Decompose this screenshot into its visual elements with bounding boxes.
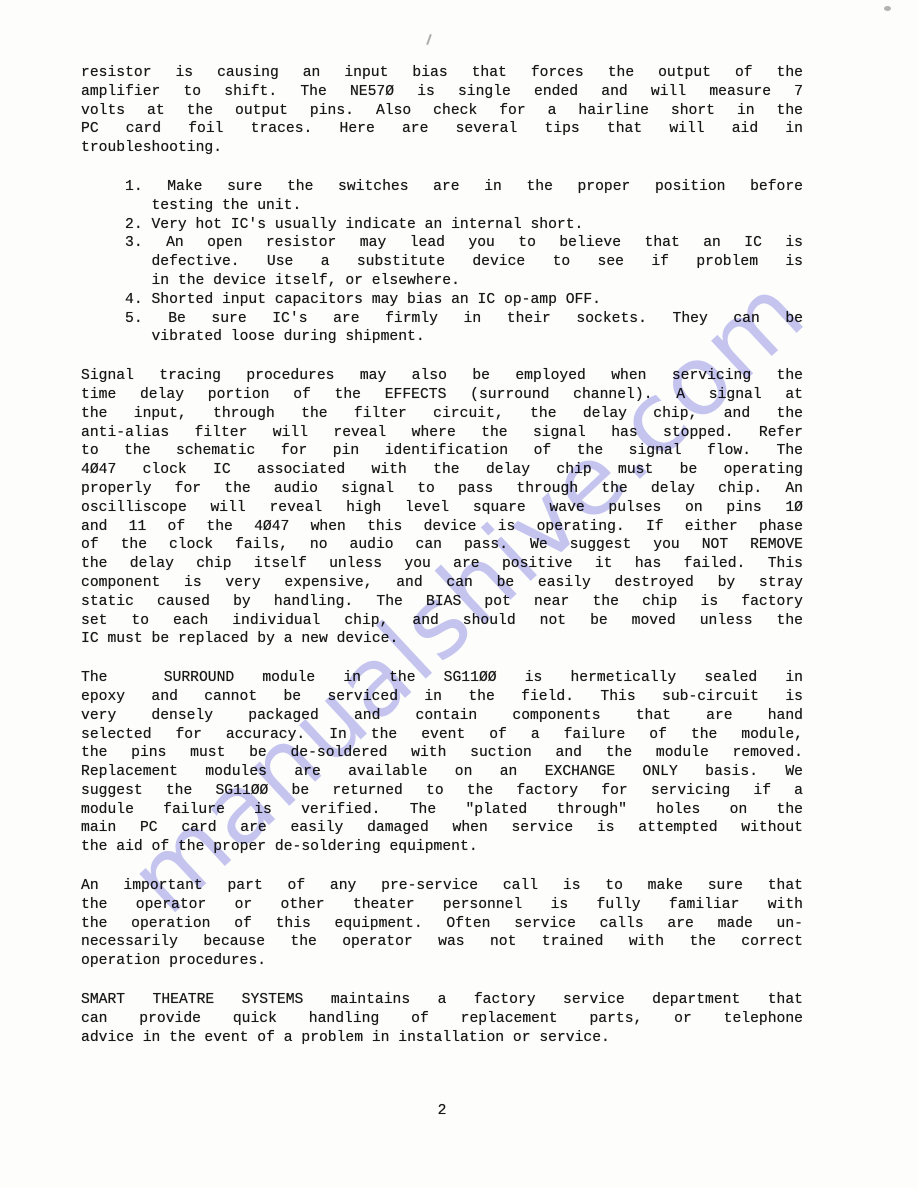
text-line: vibrated loose during shipment. xyxy=(125,328,803,347)
text-line: to the schematic for pin identification … xyxy=(81,442,803,461)
text-line: of the clock fails, no audio can pass. W… xyxy=(81,536,803,555)
text-line: 2. Very hot IC's usually indicate an int… xyxy=(125,216,803,235)
text-line: troubleshooting. xyxy=(81,139,803,158)
list-item: 2. Very hot IC's usually indicate an int… xyxy=(125,216,803,235)
text-line: in the device itself, or elsewhere. xyxy=(125,272,803,291)
text-line: the operator or other theater personnel … xyxy=(81,896,803,915)
text-line: set to each individual chip, and should … xyxy=(81,612,803,631)
text-line: the input, through the filter circuit, t… xyxy=(81,405,803,424)
paragraph-troubleshooting-intro: resistor is causing an input bias that f… xyxy=(81,64,803,158)
list-item: 1. Make sure the switches are in the pro… xyxy=(125,178,803,216)
text-line: 4. Shorted input capacitors may bias an … xyxy=(125,291,803,310)
text-line: properly for the audio signal to pass th… xyxy=(81,480,803,499)
text-line: very densely packaged and contain compon… xyxy=(81,707,803,726)
paragraph-signal-tracing: Signal tracing procedures may also be em… xyxy=(81,367,803,649)
text-line: module failure is verified. The "plated … xyxy=(81,801,803,820)
text-line: amplifier to shift. The NE57Ø is single … xyxy=(81,83,803,102)
text-line: operation procedures. xyxy=(81,952,803,971)
text-line: resistor is causing an input bias that f… xyxy=(81,64,803,83)
text-line: SMART THEATRE SYSTEMS maintains a factor… xyxy=(81,991,803,1010)
text-line: can provide quick handling of replacemen… xyxy=(81,1010,803,1029)
paragraph-factory-service: SMART THEATRE SYSTEMS maintains a factor… xyxy=(81,991,803,1047)
text-line: the delay chip itself unless you are pos… xyxy=(81,555,803,574)
text-line: An important part of any pre-service cal… xyxy=(81,877,803,896)
text-line: The SURROUND module in the SG11ØØ is her… xyxy=(81,669,803,688)
text-line: selected for accuracy. In the event of a… xyxy=(81,726,803,745)
text-line: 4Ø47 clock IC associated with the delay … xyxy=(81,461,803,480)
text-line: time delay portion of the EFFECTS (surro… xyxy=(81,386,803,405)
paragraph-surround-module: The SURROUND module in the SG11ØØ is her… xyxy=(81,669,803,857)
text-line: oscilliscope will reveal high level squa… xyxy=(81,499,803,518)
page-body-text: resistor is causing an input bias that f… xyxy=(81,64,803,1121)
text-line: PC card foil traces. Here are several ti… xyxy=(81,120,803,139)
text-line: the pins must be de-soldered with suctio… xyxy=(81,744,803,763)
text-line: epoxy and cannot be serviced in the fiel… xyxy=(81,688,803,707)
scan-artifact xyxy=(426,34,432,45)
text-line: 3. An open resistor may lead you to beli… xyxy=(125,234,803,253)
list-item: 4. Shorted input capacitors may bias an … xyxy=(125,291,803,310)
scan-artifact xyxy=(884,6,891,11)
text-line: the operation of this equipment. Often s… xyxy=(81,915,803,934)
text-line: the aid of the proper de-soldering equip… xyxy=(81,838,803,857)
text-line: anti-alias filter will reveal where the … xyxy=(81,424,803,443)
page-number: 2 xyxy=(81,1102,803,1121)
text-line: suggest the SG11ØØ be returned to the fa… xyxy=(81,782,803,801)
text-line: 1. Make sure the switches are in the pro… xyxy=(125,178,803,197)
text-line: Replacement modules are available on an … xyxy=(81,763,803,782)
text-line: static caused by handling. The BIAS pot … xyxy=(81,593,803,612)
list-item: 3. An open resistor may lead you to beli… xyxy=(125,234,803,290)
document-page: resistor is causing an input bias that f… xyxy=(0,0,918,1188)
text-line: defective. Use a substitute device to se… xyxy=(125,253,803,272)
text-line: and 11 of the 4Ø47 when this device is o… xyxy=(81,518,803,537)
text-line: component is very expensive, and can be … xyxy=(81,574,803,593)
text-line: volts at the output pins. Also check for… xyxy=(81,102,803,121)
list-item: 5. Be sure IC's are firmly in their sock… xyxy=(125,310,803,348)
text-line: advice in the event of a problem in inst… xyxy=(81,1029,803,1048)
text-line: testing the unit. xyxy=(125,197,803,216)
troubleshooting-tips-list: 1. Make sure the switches are in the pro… xyxy=(81,178,803,347)
paragraph-pre-service-call: An important part of any pre-service cal… xyxy=(81,877,803,971)
text-line: IC must be replaced by a new device. xyxy=(81,630,803,649)
text-line: necessarily because the operator was not… xyxy=(81,933,803,952)
text-line: Signal tracing procedures may also be em… xyxy=(81,367,803,386)
text-line: 5. Be sure IC's are firmly in their sock… xyxy=(125,310,803,329)
text-line: main PC card are easily damaged when ser… xyxy=(81,819,803,838)
